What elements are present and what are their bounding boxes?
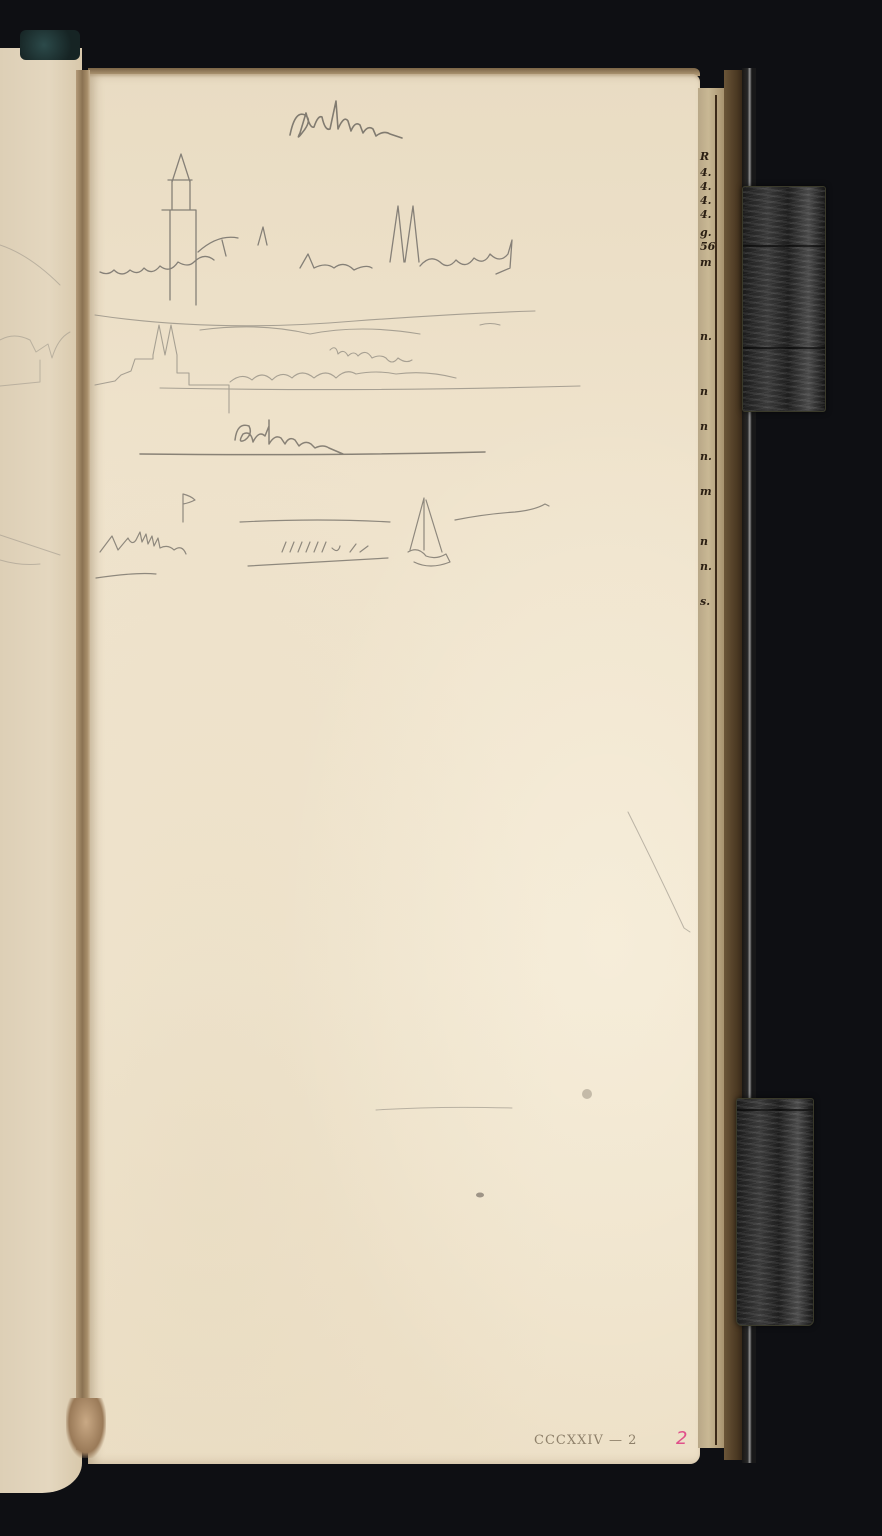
binding-gutter [76,70,90,1450]
headband [20,30,80,60]
printed-glyph: g. [700,226,712,240]
printed-glyph: 56 [700,240,715,254]
printed-glyph: 4. [700,166,711,180]
printed-glyph: s. [700,595,710,609]
printed-glyph: n [700,385,708,399]
printed-glyph: n. [700,450,712,464]
printed-glyph: 4. [700,194,711,208]
printed-glyph: 4. [700,208,711,222]
leather-clasp-top [742,186,826,412]
printed-glyph: n. [700,560,712,574]
printed-glyph: m [700,485,712,499]
facing-page-left [0,48,82,1493]
printed-glyph: R [700,150,709,164]
printed-glyph: n [700,420,708,434]
folio-mark: 2 [676,1428,687,1449]
printed-rule-line [715,95,717,1445]
printed-glyph: n [700,535,708,549]
printed-glyph: n. [700,330,712,344]
sketchbook-page [88,74,700,1464]
printed-glyph: m [700,256,712,270]
printed-glyph: 4. [700,180,711,194]
binding-thread [66,1398,106,1458]
catalogue-reference: CCCXXIV — 2 [534,1433,637,1448]
printed-leaf-edge [698,88,724,1448]
sketchbook-scan: R 4. 4. 4. 4. g. 56 m n. n n n. m n n. s… [0,0,882,1536]
leather-clasp-bottom [736,1098,814,1326]
